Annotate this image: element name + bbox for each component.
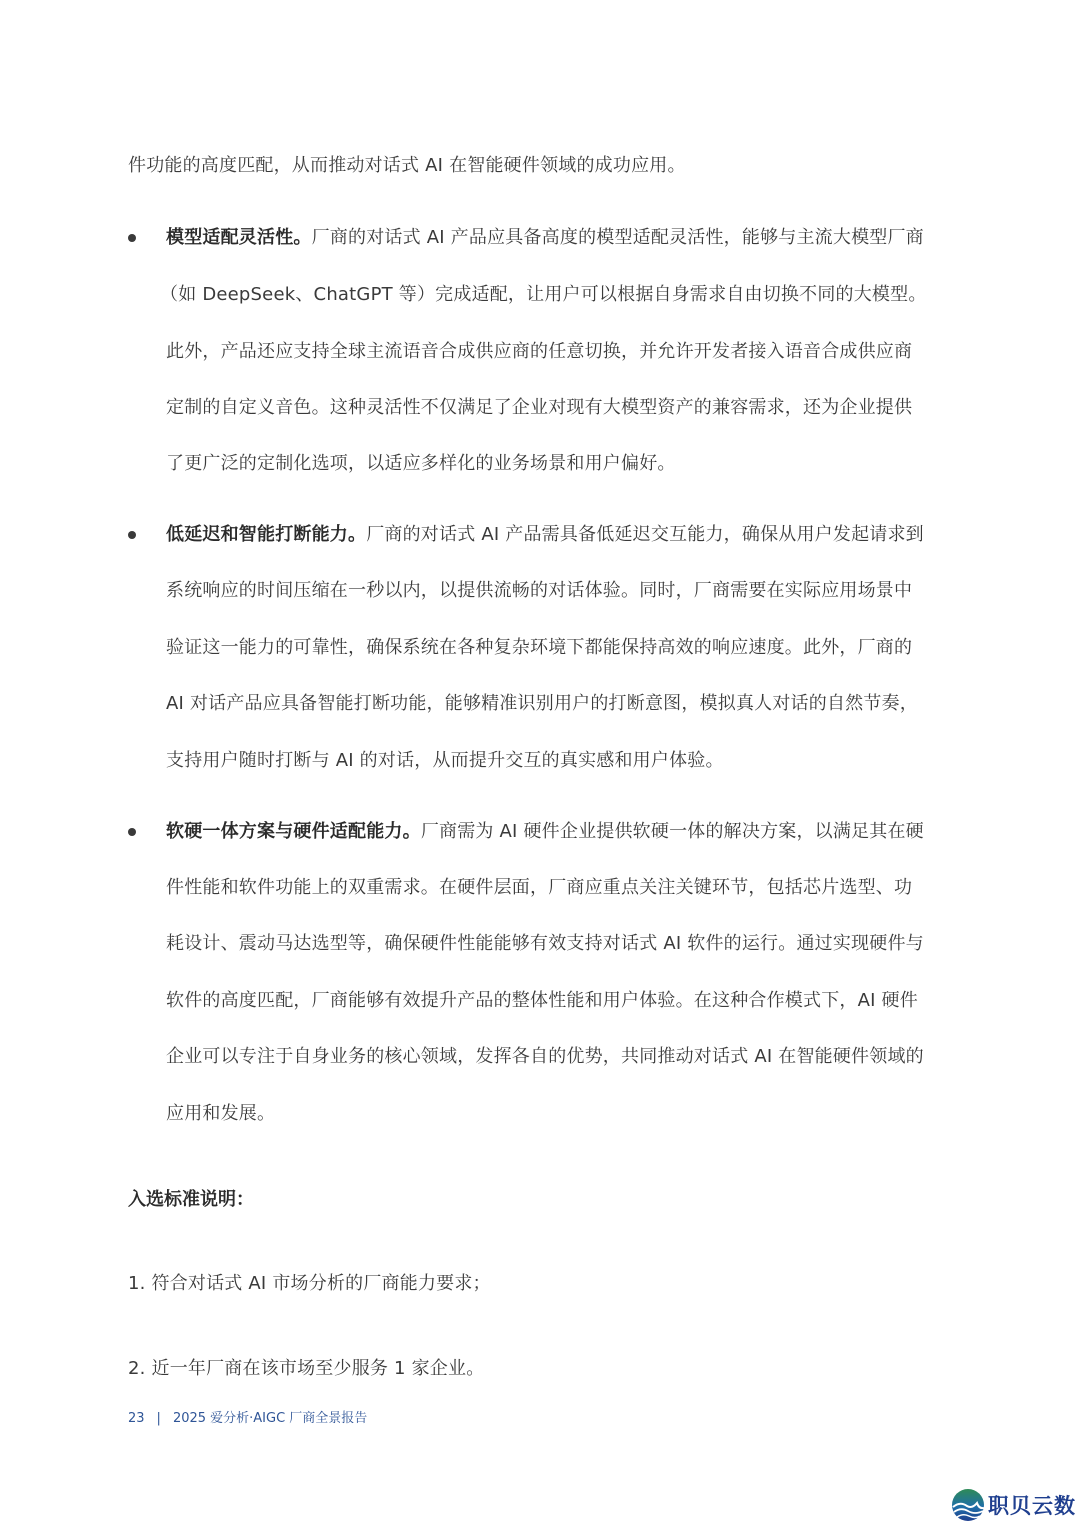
criteria-item: 1. 符合对话式 AI 市场分析的厂商能力要求；	[128, 1272, 491, 1296]
bullet-line: 软硬一体方案与硬件适配能力。厂商需为 AI 硬件企业提供软硬一体的解决方案，以满…	[166, 820, 924, 844]
bullet-lead: 模型适配灵活性。	[166, 227, 312, 248]
bullet-line: 定制的自定义音色。这种灵活性不仅满足了企业对现有大模型资产的兼容需求，还为企业提…	[166, 396, 912, 420]
bullet-line: 了更广泛的定制化选项，以适应多样化的业务场景和用户偏好。	[166, 452, 676, 476]
bullet-dot-icon	[128, 234, 136, 242]
bullet-lead: 软硬一体方案与硬件适配能力。	[166, 821, 421, 842]
watermark: 职贝云数	[950, 1487, 1076, 1523]
bullet-line: AI 对话产品应具备智能打断功能，能够精准识别用户的打断意图，模拟真人对话的自然…	[166, 692, 918, 716]
bullet-dot-icon	[128, 531, 136, 539]
bullet-lead: 低延迟和智能打断能力。	[166, 524, 366, 545]
footer-separator: |	[157, 1411, 161, 1426]
page-footer: 23|2025 爱分析·AIGC 厂商全景报告	[128, 1410, 367, 1428]
report-title: 2025 爱分析·AIGC 厂商全景报告	[173, 1411, 367, 1426]
bullet-line: 企业可以专注于自身业务的核心领域，发挥各自的优势，共同推动对话式 AI 在智能硬…	[166, 1045, 924, 1069]
wave-globe-logo-icon	[950, 1487, 986, 1523]
bullet-line: 模型适配灵活性。厂商的对话式 AI 产品应具备高度的模型适配灵活性，能够与主流大…	[166, 226, 924, 250]
document-page: 件功能的高度匹配，从而推动对话式 AI 在智能硬件领域的成功应用。 模型适配灵活…	[0, 0, 1080, 1528]
bullet-dot-icon	[128, 828, 136, 836]
bullet-line: 耗设计、震动马达选型等，确保硬件性能能够有效支持对话式 AI 软件的运行。通过实…	[166, 932, 924, 956]
criteria-heading: 入选标准说明：	[128, 1188, 254, 1212]
bullet-line: （如 DeepSeek、ChatGPT 等）完成适配，让用户可以根据自身需求自由…	[160, 283, 927, 307]
bullet-line: 此外，产品还应支持全球主流语音合成供应商的任意切换，并允许开发者接入语音合成供应…	[166, 340, 912, 364]
page-number: 23	[128, 1411, 145, 1426]
bullet-line: 件性能和软件功能上的双重需求。在硬件层面，厂商应重点关注关键环节，包括芯片选型、…	[166, 876, 912, 900]
intro-paragraph: 件功能的高度匹配，从而推动对话式 AI 在智能硬件领域的成功应用。	[128, 154, 686, 178]
bullet-line: 应用和发展。	[166, 1102, 275, 1126]
bullet-line: 支持用户随时打断与 AI 的对话，从而提升交互的真实感和用户体验。	[166, 749, 724, 773]
bullet-line: 系统响应的时间压缩在一秒以内，以提供流畅的对话体验。同时，厂商需要在实际应用场景…	[166, 579, 912, 603]
bullet-line: 验证这一能力的可靠性，确保系统在各种复杂环境下都能保持高效的响应速度。此外，厂商…	[166, 636, 912, 660]
bullet-line: 低延迟和智能打断能力。厂商的对话式 AI 产品需具备低延迟交互能力，确保从用户发…	[166, 523, 924, 547]
bullet-line: 软件的高度匹配，厂商能够有效提升产品的整体性能和用户体验。在这种合作模式下，AI…	[166, 989, 918, 1013]
criteria-item: 2. 近一年厂商在该市场至少服务 1 家企业。	[128, 1357, 484, 1381]
watermark-text: 职贝云数	[988, 1490, 1076, 1520]
